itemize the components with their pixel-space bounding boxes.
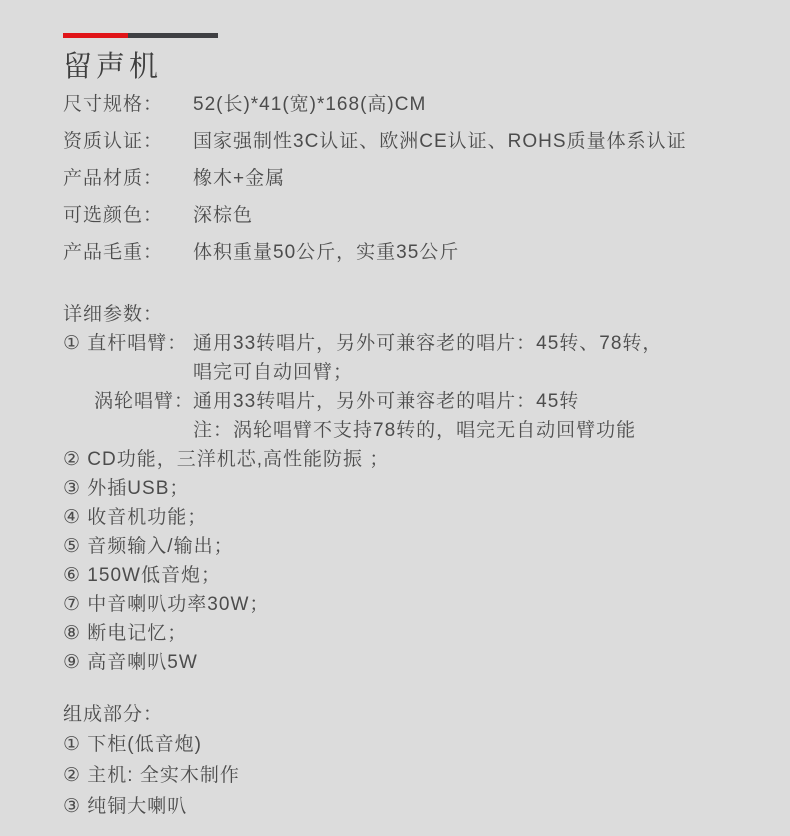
accent-divider <box>63 33 218 38</box>
component-item: ③ 纯铜大喇叭 <box>63 791 750 822</box>
spec-label: 资质认证： <box>63 131 193 153</box>
details-heading: 详细参数： <box>63 300 750 329</box>
tonearm-line: 通用33转唱片，另外可兼容老的唱片：45转 <box>193 387 750 416</box>
spec-value: 52(长)*41(宽)*168(高)CM <box>193 94 426 116</box>
tonearm-row: 涡轮唱臂： 通用33转唱片，另外可兼容老的唱片：45转 <box>63 387 750 416</box>
page-body: { "colors": { "page_background": "#dcdcd… <box>0 0 790 836</box>
detail-item: ⑨ 高音喇叭5W <box>63 648 750 677</box>
detail-item: ④ 收音机功能； <box>63 503 750 532</box>
spec-row: 尺寸规格： 52(长)*41(宽)*168(高)CM <box>63 94 750 116</box>
spec-value: 橡木+金属 <box>193 168 285 190</box>
spec-label: 产品材质： <box>63 168 193 190</box>
accent-divider-red-segment <box>63 33 128 38</box>
tonearm-line: 唱完可自动回臂； <box>193 358 750 387</box>
spec-row: 可选颜色： 深棕色 <box>63 205 750 227</box>
product-title: 留声机 <box>63 50 750 84</box>
spec-row: 产品材质： 橡木+金属 <box>63 168 750 190</box>
detail-item: ⑤ 音频输入/输出； <box>63 532 750 561</box>
detail-item: ⑥ 150W低音炮； <box>63 561 750 590</box>
tonearm-line: 通用33转唱片，另外可兼容老的唱片：45转、78转， <box>193 329 750 358</box>
components-section: 组成部分： ① 下柜(低音炮) ② 主机: 全实木制作 ③ 纯铜大喇叭 <box>63 700 750 822</box>
details-section: 详细参数： ① 直杆唱臂： 通用33转唱片，另外可兼容老的唱片：45转、78转，… <box>63 300 750 677</box>
tonearm-label: ① 直杆唱臂： <box>63 329 193 358</box>
tonearm-row: 唱完可自动回臂； <box>63 358 750 387</box>
component-item: ① 下柜(低音炮) <box>63 729 750 760</box>
tonearm-line: 注：涡轮唱臂不支持78转的，唱完无自动回臂功能 <box>193 416 750 445</box>
spec-value: 体积重量50公斤，实重35公斤 <box>193 242 459 264</box>
detail-item: ② CD功能，三洋机芯,高性能防振 ； <box>63 445 750 474</box>
detail-item: ③ 外插USB； <box>63 474 750 503</box>
component-item: ② 主机: 全实木制作 <box>63 760 750 791</box>
product-detail-page: 留声机 尺寸规格： 52(长)*41(宽)*168(高)CM 资质认证： 国家强… <box>0 0 790 836</box>
tonearm-label: 涡轮唱臂： <box>63 387 193 416</box>
tonearm-label <box>63 358 193 387</box>
components-heading: 组成部分： <box>63 700 750 729</box>
spec-value: 国家强制性3C认证、欧洲CE认证、ROHS质量体系认证 <box>193 131 687 153</box>
spec-row: 资质认证： 国家强制性3C认证、欧洲CE认证、ROHS质量体系认证 <box>63 131 750 153</box>
spec-label: 可选颜色： <box>63 205 193 227</box>
spec-row: 产品毛重： 体积重量50公斤，实重35公斤 <box>63 242 750 264</box>
tonearm-label <box>63 416 193 445</box>
spec-label: 尺寸规格： <box>63 94 193 116</box>
tonearm-row: 注：涡轮唱臂不支持78转的，唱完无自动回臂功能 <box>63 416 750 445</box>
spec-list: 尺寸规格： 52(长)*41(宽)*168(高)CM 资质认证： 国家强制性3C… <box>63 94 750 264</box>
detail-item: ⑦ 中音喇叭功率30W； <box>63 590 750 619</box>
tonearm-row: ① 直杆唱臂： 通用33转唱片，另外可兼容老的唱片：45转、78转， <box>63 329 750 358</box>
spec-label: 产品毛重： <box>63 242 193 264</box>
accent-divider-dark-segment <box>128 33 218 38</box>
spec-value: 深棕色 <box>193 205 253 227</box>
detail-item: ⑧ 断电记忆； <box>63 619 750 648</box>
